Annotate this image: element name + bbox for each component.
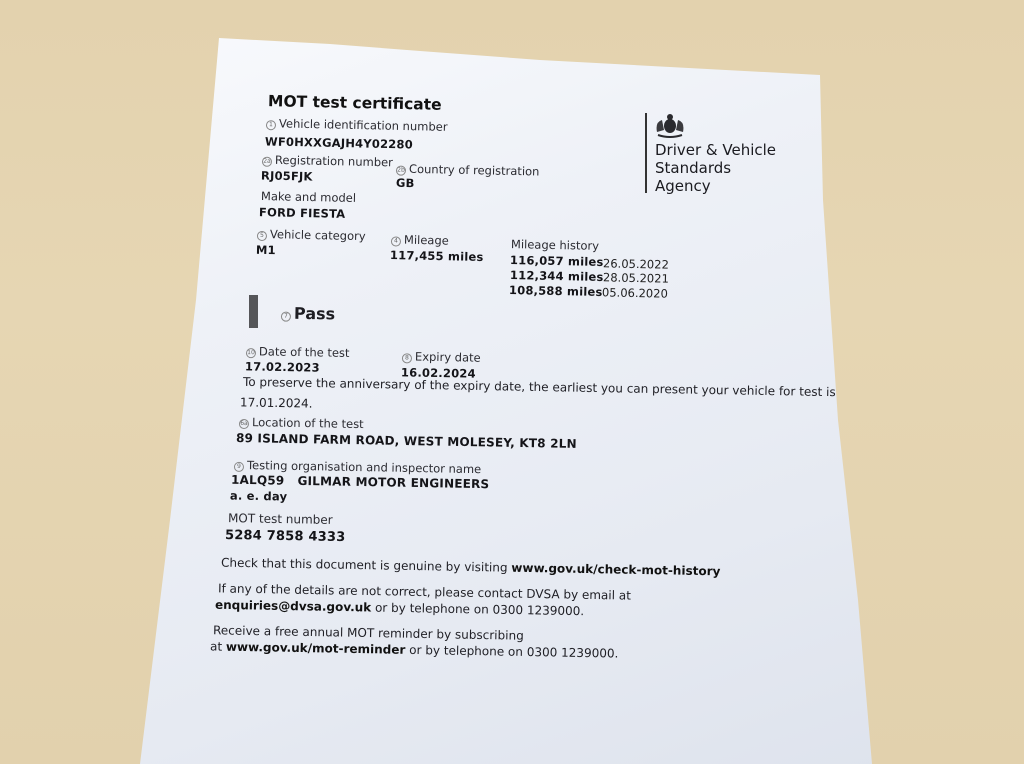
result-status-bar [249, 295, 258, 328]
expiry-date-label: 8Expiry date [402, 349, 481, 364]
royal-coat-of-arms-icon [653, 112, 687, 138]
reminder-line2: at www.gov.uk/mot-reminder or by telepho… [210, 639, 619, 660]
mileage-history-miles: 108,588 miles [509, 283, 603, 299]
check-genuine-text: Check that this document is genuine by v… [221, 556, 721, 579]
test-date-label: 10Date of the test [246, 344, 350, 360]
vin-label: 1Vehicle identification number [266, 116, 448, 134]
country-value: GB [396, 176, 415, 190]
field-marker-icon: 2a [262, 157, 272, 167]
make-model-label: Make and model [261, 189, 356, 205]
field-marker-icon: 5 [257, 231, 267, 241]
field-marker-icon: 4 [391, 236, 401, 246]
field-marker-icon: 1 [266, 120, 276, 130]
test-date-value: 17.02.2023 [245, 359, 320, 374]
inspector-name: a. e. day [230, 489, 287, 504]
mileage-value: 117,455 miles [390, 248, 484, 264]
registration-value: RJ05FJK [261, 168, 313, 183]
mileage-history-miles: 116,057 miles [510, 253, 604, 269]
country-label: 2bCountry of registration [396, 161, 540, 178]
mot-reminder-link[interactable]: www.gov.uk/mot-reminder [226, 640, 406, 657]
mileage-label: 4Mileage [391, 232, 449, 247]
field-marker-icon: 7 [281, 312, 291, 322]
check-mot-history-link[interactable]: www.gov.uk/check-mot-history [511, 561, 720, 579]
mileage-history-date: 26.05.2022 [603, 256, 669, 271]
test-number-value: 5284 7858 4333 [225, 528, 346, 545]
organisation-name: GILMAR MOTOR ENGINEERS [297, 474, 489, 491]
anniversary-note-line2: 17.01.2024. [240, 395, 313, 410]
contact-email-link[interactable]: enquiries@dvsa.gov.uk [215, 598, 371, 615]
location-label: 6aLocation of the test [239, 415, 364, 431]
logo-divider [645, 113, 647, 193]
make-model-value: FORD FIESTA [259, 205, 346, 221]
mileage-history-label: Mileage history [511, 237, 599, 253]
field-marker-icon: 10 [246, 348, 256, 358]
field-marker-icon: 2b [396, 165, 406, 175]
agency-name: Driver & Vehicle Standards Agency [655, 141, 776, 195]
page-title: MOT test certificate [268, 92, 442, 114]
mileage-history-date: 28.05.2021 [603, 270, 669, 285]
vin-value: WF0HXXGAJH4Y02280 [265, 134, 413, 151]
field-marker-icon: 9 [234, 462, 244, 472]
anniversary-note-line1: To preserve the anniversary of the expir… [243, 375, 836, 399]
mileage-history-date: 05.06.2020 [602, 285, 668, 300]
location-value: 89 ISLAND FARM ROAD, WEST MOLESEY, KT8 2… [236, 431, 577, 451]
test-number-label: MOT test number [228, 511, 333, 527]
test-result: 7Pass [281, 304, 335, 324]
mileage-history-miles: 112,344 miles [510, 268, 604, 284]
registration-label: 2aRegistration number [262, 153, 393, 170]
category-value: M1 [256, 243, 276, 257]
contact-line2: enquiries@dvsa.gov.uk or by telephone on… [215, 598, 584, 618]
mot-certificate: MOT test certificate 1Vehicle identifica… [0, 0, 1024, 764]
field-marker-icon: 6a [239, 419, 249, 429]
site-code: 1ALQ59 [231, 473, 285, 488]
category-label: 5Vehicle category [257, 227, 366, 243]
field-marker-icon: 8 [402, 353, 412, 363]
